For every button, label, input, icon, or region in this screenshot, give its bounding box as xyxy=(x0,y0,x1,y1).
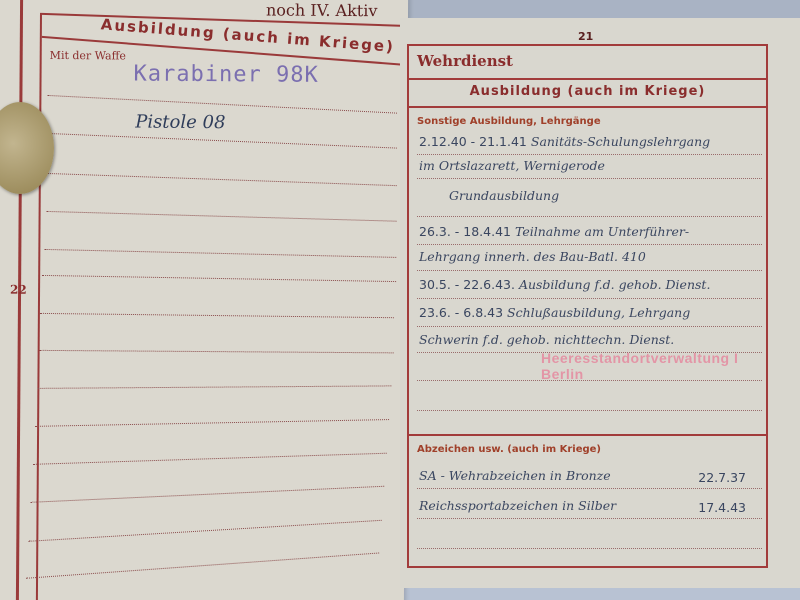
ruled-line xyxy=(417,244,762,245)
ruled-line xyxy=(417,270,762,271)
section-rule xyxy=(409,434,766,436)
ruled-line xyxy=(417,298,762,299)
training-entry: 23.6. - 6.8.43 Schlußausbildung, Lehrgan… xyxy=(419,305,690,320)
entry-text: Schwerin f.d. gehob. nichttechn. Dienst. xyxy=(419,332,674,347)
training-entry: Schwerin f.d. gehob. nichttechn. Dienst. xyxy=(419,332,674,347)
ruled-line xyxy=(417,380,762,381)
ruled-line xyxy=(417,548,762,549)
award-date: 22.7.37 xyxy=(698,470,746,485)
entry-date: 26.3. - 18.4.41 xyxy=(419,224,511,239)
training-entry: Grundausbildung xyxy=(449,188,559,203)
entry-text: im Ortslazarett, Wernigerode xyxy=(419,158,605,173)
ruled-line xyxy=(35,419,389,427)
entry-text: Teilnahme am Unterführer- xyxy=(515,224,689,239)
ruled-line xyxy=(42,275,396,282)
weapon-handwritten: Pistole 08 xyxy=(135,112,225,134)
ruled-line xyxy=(47,173,397,186)
ruled-line xyxy=(40,313,394,318)
margin-rule-outer xyxy=(16,0,23,600)
ruled-line xyxy=(31,486,385,503)
award-text: Reichssportabzeichen in Silber xyxy=(419,498,616,513)
entry-text: Grundausbildung xyxy=(449,188,559,203)
office-stamp: Heeresstandortverwaltung I Berlin xyxy=(541,350,766,382)
ruled-line xyxy=(417,216,762,217)
ruled-line xyxy=(417,326,762,327)
page-header: noch IV. Aktiv xyxy=(266,0,378,20)
field-label-awards: Abzeichen usw. (auch im Kriege) xyxy=(417,444,601,455)
entry-date: 2.12.40 - 21.1.41 xyxy=(419,134,527,149)
form-frame: Wehrdienst Ausbildung (auch im Kriege) S… xyxy=(407,44,768,568)
title-rule xyxy=(409,78,766,80)
ruled-line xyxy=(26,552,379,578)
award-entry: SA - Wehrabzeichen in Bronze xyxy=(419,468,611,483)
training-entry: Lehrgang innerh. des Bau-Batl. 410 xyxy=(419,249,646,264)
margin-rule-inner xyxy=(36,13,42,600)
ruled-line xyxy=(28,520,381,542)
entry-text: Schlußausbildung, Lehrgang xyxy=(507,305,690,320)
subtitle-rule xyxy=(409,106,766,108)
award-entry: Reichssportabzeichen in Silber xyxy=(419,498,616,513)
training-entry: 30.5. - 22.6.43. Ausbildung f.d. gehob. … xyxy=(419,277,710,292)
page-number: 22 xyxy=(10,283,27,297)
ruled-line xyxy=(37,385,391,388)
ruled-line xyxy=(33,453,387,465)
training-entry: 26.3. - 18.4.41 Teilnahme am Unterführer… xyxy=(419,224,689,239)
ruled-line xyxy=(417,154,762,155)
entry-text: Lehrgang innerh. des Bau-Batl. 410 xyxy=(419,249,646,264)
ruled-line xyxy=(417,410,762,411)
ruled-line xyxy=(47,95,397,114)
page-number: 21 xyxy=(578,30,593,43)
ruled-line xyxy=(417,518,762,519)
ruled-line xyxy=(417,488,762,489)
ruled-line xyxy=(44,249,396,258)
ruled-line xyxy=(47,133,397,149)
entry-date: 23.6. - 6.8.43 xyxy=(419,305,503,320)
ruled-line xyxy=(47,211,397,222)
training-entry: 2.12.40 - 21.1.41 Sanitäts-Schulungslehr… xyxy=(419,134,710,149)
right-page: 21 Wehrdienst Ausbildung (auch im Kriege… xyxy=(400,18,800,588)
award-date: 17.4.43 xyxy=(698,500,746,515)
left-page: 22 noch IV. Aktiv Ausbildung (auch im Kr… xyxy=(0,0,408,600)
award-text: SA - Wehrabzeichen in Bronze xyxy=(419,468,611,483)
weapon-stamp: Karabiner 98K xyxy=(133,62,318,88)
field-label-weapon: Mit der Waffe xyxy=(50,49,126,63)
entry-text: Sanitäts-Schulungslehrgang xyxy=(531,134,710,149)
ruled-line xyxy=(417,178,762,179)
entry-date: 30.5. - 22.6.43. xyxy=(419,277,515,292)
training-entry: im Ortslazarett, Wernigerode xyxy=(419,158,605,173)
ruled-line xyxy=(40,350,394,353)
page-title: Wehrdienst xyxy=(417,52,513,70)
field-label-training: Sonstige Ausbildung, Lehrgänge xyxy=(417,116,601,127)
section-title: Ausbildung (auch im Kriege) xyxy=(409,84,766,99)
entry-text: Ausbildung f.d. gehob. Dienst. xyxy=(519,277,710,292)
